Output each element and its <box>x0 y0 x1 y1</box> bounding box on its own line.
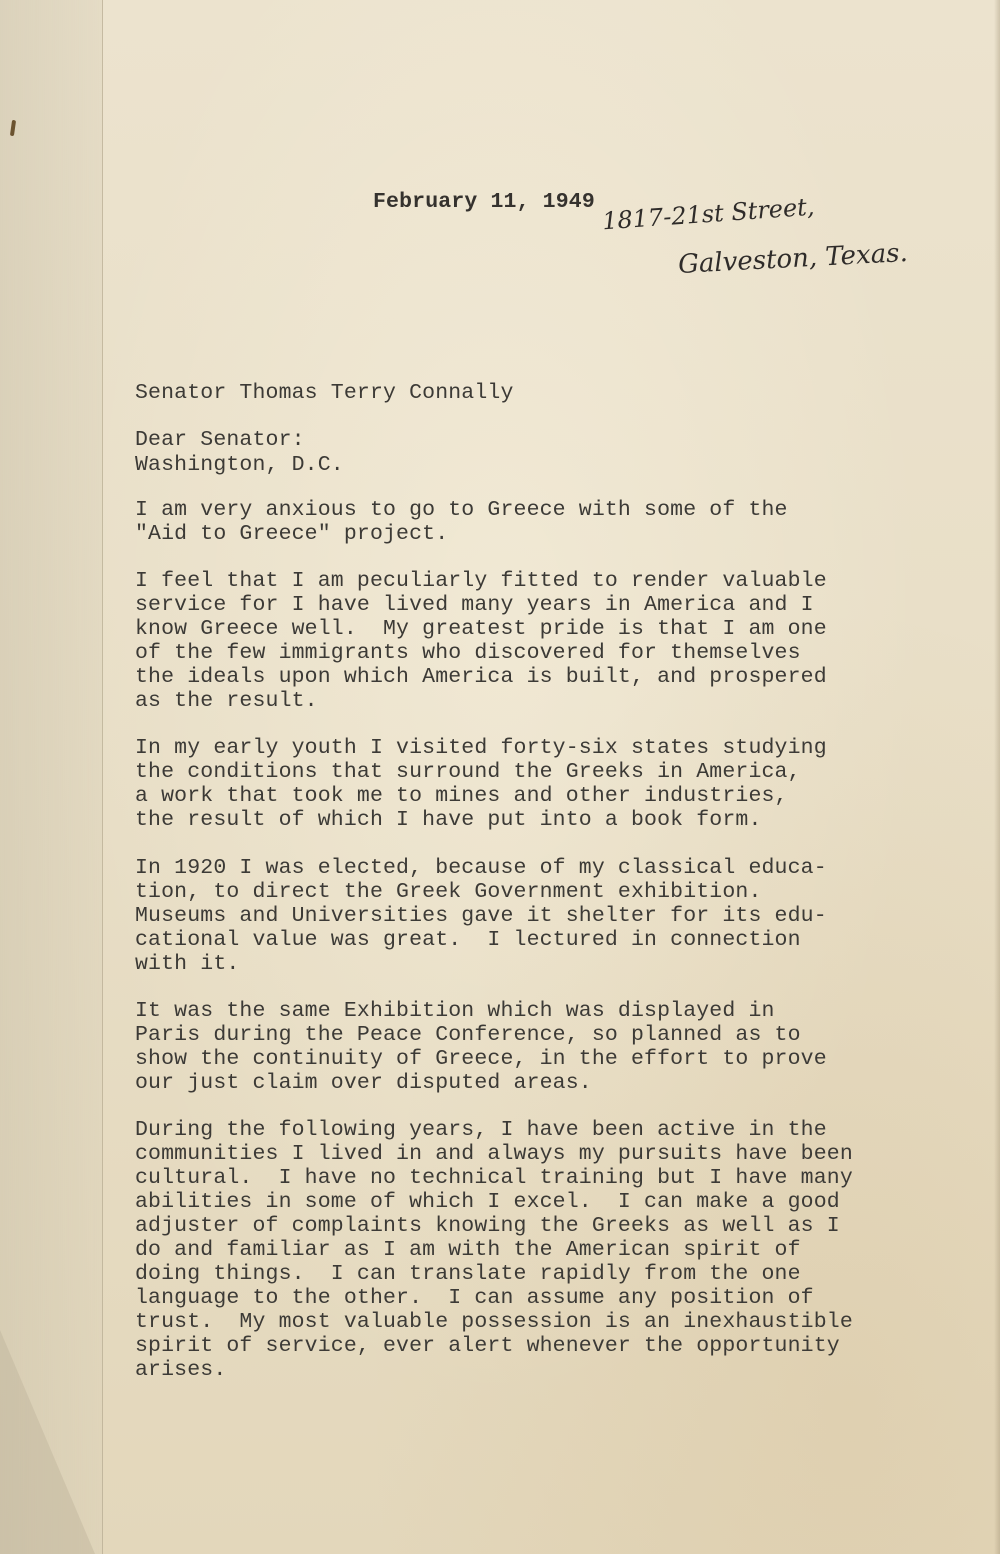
paragraph-line: It was the same Exhibition which was dis… <box>135 999 827 1023</box>
paragraph: During the following years, I have been … <box>135 1118 853 1382</box>
letter-page: February 11, 1949 1817-21st Street, Galv… <box>0 0 1000 1554</box>
paragraph: It was the same Exhibition which was dis… <box>135 999 827 1095</box>
paragraph: I am very anxious to go to Greece with s… <box>135 498 788 546</box>
paragraph-line: cational value was great. I lectured in … <box>135 928 827 952</box>
paragraph-line: spirit of service, ever alert whenever t… <box>135 1334 853 1358</box>
paragraph-line: the result of which I have put into a bo… <box>135 808 827 832</box>
paragraph-line: the ideals upon which America is built, … <box>135 665 827 689</box>
paragraph-line: language to the other. I can assume any … <box>135 1286 853 1310</box>
handwritten-city-state: Galveston, Texas. <box>677 238 908 280</box>
paragraph-line: cultural. I have no technical training b… <box>135 1166 853 1190</box>
paragraph-line: doing things. I can translate rapidly fr… <box>135 1262 853 1286</box>
paragraph-line: do and familiar as I am with the America… <box>135 1238 853 1262</box>
handwritten-street-address: 1817-21st Street, <box>601 193 815 236</box>
folded-paper-edge <box>0 0 103 1554</box>
paragraph-line: During the following years, I have been … <box>135 1118 853 1142</box>
paragraph-line: the conditions that surround the Greeks … <box>135 760 827 784</box>
paragraph-line: as the result. <box>135 689 827 713</box>
paragraph-line: adjuster of complaints knowing the Greek… <box>135 1214 853 1238</box>
paragraph-line: our just claim over disputed areas. <box>135 1071 827 1095</box>
paragraph-line: trust. My most valuable possession is an… <box>135 1310 853 1334</box>
paragraph-line: communities I lived in and always my pur… <box>135 1142 853 1166</box>
paragraph-line: abilities in some of which I excel. I ca… <box>135 1190 853 1214</box>
paragraph-line: of the few immigrants who discovered for… <box>135 641 827 665</box>
letter-date: February 11, 1949 <box>373 190 595 214</box>
paragraph-line: arises. <box>135 1358 853 1382</box>
paragraph-line: a work that took me to mines and other i… <box>135 784 827 808</box>
salutation: Dear Senator: <box>135 428 305 452</box>
recipient-location: Washington, D.C. <box>135 453 514 477</box>
paragraph: I feel that I am peculiarly fitted to re… <box>135 569 827 713</box>
paragraph-line: service for I have lived many years in A… <box>135 593 827 617</box>
paragraph-line: I am very anxious to go to Greece with s… <box>135 498 788 522</box>
paragraph-line: tion, to direct the Greek Government exh… <box>135 880 827 904</box>
recipient-name: Senator Thomas Terry Connally <box>135 381 514 405</box>
paragraph-line: In my early youth I visited forty-six st… <box>135 736 827 760</box>
paragraph-line: Paris during the Peace Conference, so pl… <box>135 1023 827 1047</box>
paragraph: In 1920 I was elected, because of my cla… <box>135 856 827 976</box>
paragraph: In my early youth I visited forty-six st… <box>135 736 827 832</box>
folded-corner <box>0 1330 95 1554</box>
paragraph-line: know Greece well. My greatest pride is t… <box>135 617 827 641</box>
paragraph-line: show the continuity of Greece, in the ef… <box>135 1047 827 1071</box>
paragraph-line: "Aid to Greece" project. <box>135 522 788 546</box>
paper-right-edge <box>994 0 1000 1554</box>
paragraph-line: Museums and Universities gave it shelter… <box>135 904 827 928</box>
paragraph-line: with it. <box>135 952 827 976</box>
paragraph-line: I feel that I am peculiarly fitted to re… <box>135 569 827 593</box>
paragraph-line: In 1920 I was elected, because of my cla… <box>135 856 827 880</box>
